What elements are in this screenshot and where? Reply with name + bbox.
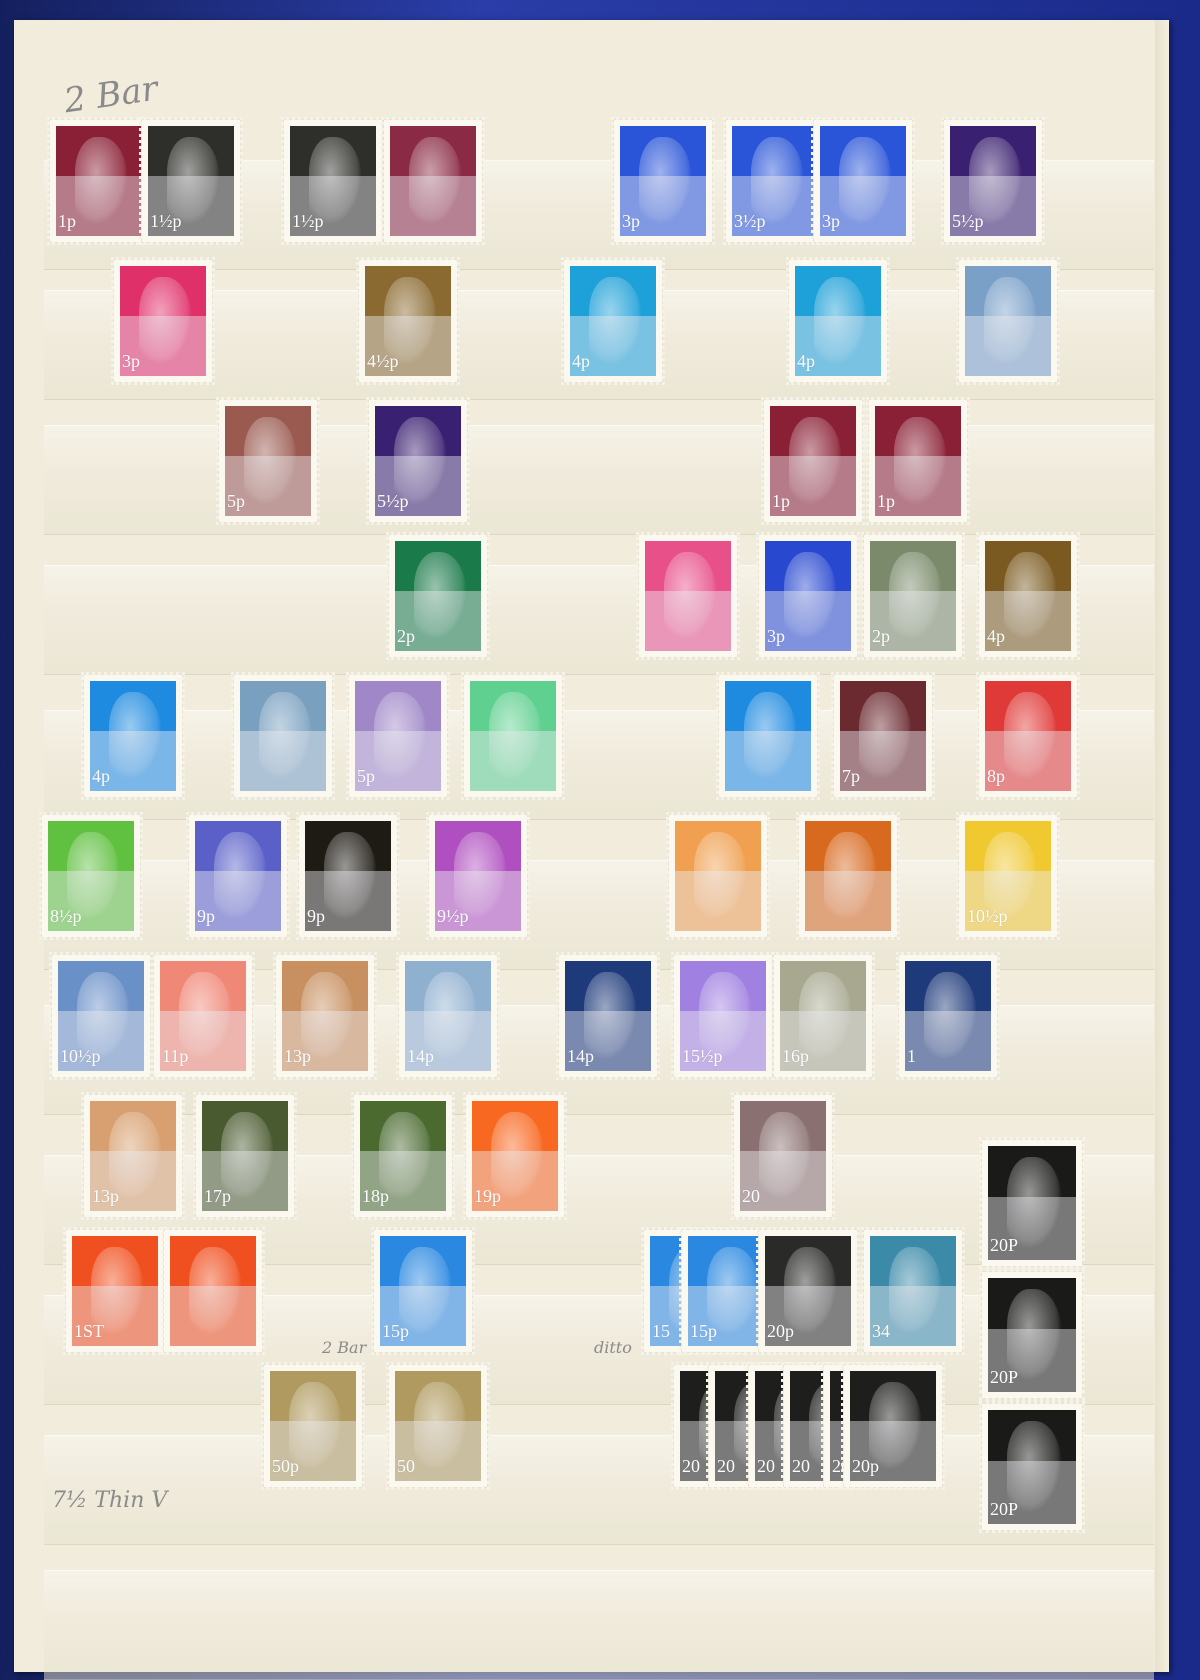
penny-black-anniversary-stamp: 20P <box>982 1272 1082 1398</box>
stamp: 7p <box>834 675 932 797</box>
stamp-value: 13p <box>284 1046 311 1067</box>
stamp-value: 20p <box>767 1321 794 1342</box>
stamp: 4p <box>84 675 182 797</box>
stamp: 10½p <box>959 815 1057 937</box>
stamp: 5p <box>349 675 447 797</box>
stamp-value: 15p <box>690 1321 717 1342</box>
stamp-value: 15p <box>382 1321 409 1342</box>
stamp: 5p <box>219 400 317 522</box>
stamp-value: 9p <box>197 906 215 927</box>
stamp: 19p <box>466 1095 564 1217</box>
stamp: 18p <box>354 1095 452 1217</box>
stamp: 5½p <box>944 120 1042 242</box>
stamp-value: 5½p <box>377 491 409 512</box>
stamp-value: 1ST <box>74 1321 104 1342</box>
stamp-value: 13p <box>92 1186 119 1207</box>
stamp-value: 20 <box>792 1456 810 1477</box>
stamp-value: 3p <box>767 626 785 647</box>
penny-black-anniversary-stamp: 20P <box>982 1140 1082 1266</box>
stamp-value: 20P <box>990 1367 1018 1388</box>
stamp: 50 <box>389 1365 487 1487</box>
stamp-value: 4½p <box>367 351 399 372</box>
album-page: 2 Bar 2 Bar ditto 7½ Thin V 1p1½p1½p3p3½… <box>14 20 1169 1672</box>
stamp: 4p <box>979 535 1077 657</box>
stamp: 1½p <box>284 120 382 242</box>
stamp-value: 50p <box>272 1456 299 1477</box>
stamp: 1p <box>764 400 862 522</box>
stamp: 2p <box>864 535 962 657</box>
stamp-value: 20 <box>742 1186 760 1207</box>
stamp-value: 34 <box>872 1321 890 1342</box>
queen-head-icon <box>470 681 556 791</box>
stamp <box>959 260 1057 382</box>
stamp: 1½p <box>142 120 240 242</box>
stamp: 20 <box>734 1095 832 1217</box>
stamp-value: 1p <box>772 491 790 512</box>
stamp <box>464 675 562 797</box>
stamp: 9½p <box>429 815 527 937</box>
stamp-value: 5p <box>227 491 245 512</box>
stamp: 1ST <box>66 1230 164 1352</box>
pencil-note-top: 2 Bar <box>62 69 161 122</box>
stamp: 3½p <box>726 120 824 242</box>
stamp-value: 10½p <box>967 906 1008 927</box>
stamp-value: 20 <box>757 1456 775 1477</box>
stamp: 50p <box>264 1365 362 1487</box>
queen-head-icon <box>675 821 761 931</box>
stamp: 1 <box>899 955 997 1077</box>
stamp-value: 9½p <box>437 906 469 927</box>
stamp-value: 3p <box>122 351 140 372</box>
stamp <box>384 120 482 242</box>
pencil-note-row11: 7½ Thin V <box>52 1488 167 1513</box>
stamp: 20p <box>759 1230 857 1352</box>
stamp-value: 8½p <box>50 906 82 927</box>
stamp-value: 20p <box>852 1456 879 1477</box>
glassine-strip <box>44 1570 1154 1680</box>
stamp-value: 20P <box>990 1235 1018 1256</box>
stamp: 3p <box>759 535 857 657</box>
stamp: 1p <box>50 120 148 242</box>
stamp: 1p <box>869 400 967 522</box>
stamp-value: 19p <box>474 1186 501 1207</box>
stamp-value: 4p <box>987 626 1005 647</box>
stamp-value: 10½p <box>60 1046 101 1067</box>
stamp-value: 50 <box>397 1456 415 1477</box>
stamp-value: 1 <box>907 1046 916 1067</box>
stamp <box>164 1230 262 1352</box>
queen-head-icon <box>725 681 811 791</box>
stamp: 16p <box>774 955 872 1077</box>
stamp-value: 1p <box>877 491 895 512</box>
stamp: 15p <box>374 1230 472 1352</box>
stamp: 9p <box>189 815 287 937</box>
stamp: 15½p <box>674 955 772 1077</box>
pencil-note-row10-ditto: ditto <box>594 1338 632 1357</box>
stamp-value: 9p <box>307 906 325 927</box>
stamp-value: 2p <box>872 626 890 647</box>
stamp-value: 3p <box>822 211 840 232</box>
stamp-value: 20 <box>717 1456 735 1477</box>
stamp-value: 3p <box>622 211 640 232</box>
stamp-value: 15½p <box>682 1046 723 1067</box>
stamp: 8½p <box>42 815 140 937</box>
pencil-note-row10: 2 Bar <box>322 1338 366 1357</box>
stamp-value: 16p <box>782 1046 809 1067</box>
stamp <box>639 535 737 657</box>
stamp: 9p <box>299 815 397 937</box>
stamp-value: 20 <box>682 1456 700 1477</box>
stamp-value: 1p <box>58 211 76 232</box>
stamp: 13p <box>276 955 374 1077</box>
stamp: 5½p <box>369 400 467 522</box>
stamp-value: 1½p <box>150 211 182 232</box>
stamp: 34 <box>864 1230 962 1352</box>
stamp: 4p <box>564 260 662 382</box>
stamp: 3p <box>614 120 712 242</box>
stamp <box>799 815 897 937</box>
penny-black-anniversary-stamp: 20P <box>982 1404 1082 1530</box>
stamp <box>234 675 332 797</box>
stamp: 20p <box>844 1365 942 1487</box>
page-edge <box>1155 20 1169 1672</box>
stamp: 3p <box>814 120 912 242</box>
glassine-strip <box>44 425 1154 535</box>
stamp-value: 20P <box>990 1499 1018 1520</box>
stamp <box>719 675 817 797</box>
stamp: 14p <box>559 955 657 1077</box>
queen-head-icon <box>390 126 476 236</box>
stamp-value: 4p <box>797 351 815 372</box>
stamp-value: 5p <box>357 766 375 787</box>
stamp-value: 15 <box>652 1321 670 1342</box>
stamp-value: 7p <box>842 766 860 787</box>
stamp-value: 1½p <box>292 211 324 232</box>
stamp-value: 8p <box>987 766 1005 787</box>
stamp: 4p <box>789 260 887 382</box>
stamp: 14p <box>399 955 497 1077</box>
stamp: 2p <box>389 535 487 657</box>
stamp-value: 4p <box>572 351 590 372</box>
stamp: 10½p <box>52 955 150 1077</box>
stamp-value: 17p <box>204 1186 231 1207</box>
stamp-value: 2p <box>397 626 415 647</box>
queen-head-icon <box>240 681 326 791</box>
stamp: 4½p <box>359 260 457 382</box>
stamp-value: 18p <box>362 1186 389 1207</box>
stamp-value: 3½p <box>734 211 766 232</box>
stamp-value: 5½p <box>952 211 984 232</box>
queen-head-icon <box>805 821 891 931</box>
stamp-value: 4p <box>92 766 110 787</box>
stamp <box>669 815 767 937</box>
stamp: 8p <box>979 675 1077 797</box>
stamp: 13p <box>84 1095 182 1217</box>
queen-head-icon <box>965 266 1051 376</box>
queen-head-icon <box>645 541 731 651</box>
stamp-value: 14p <box>407 1046 434 1067</box>
stamp: 17p <box>196 1095 294 1217</box>
stamp: 11p <box>154 955 252 1077</box>
stamp: 3p <box>114 260 212 382</box>
queen-head-icon <box>905 961 991 1071</box>
stamp-value: 11p <box>162 1046 188 1067</box>
queen-head-icon <box>170 1236 256 1346</box>
stamp-value: 14p <box>567 1046 594 1067</box>
